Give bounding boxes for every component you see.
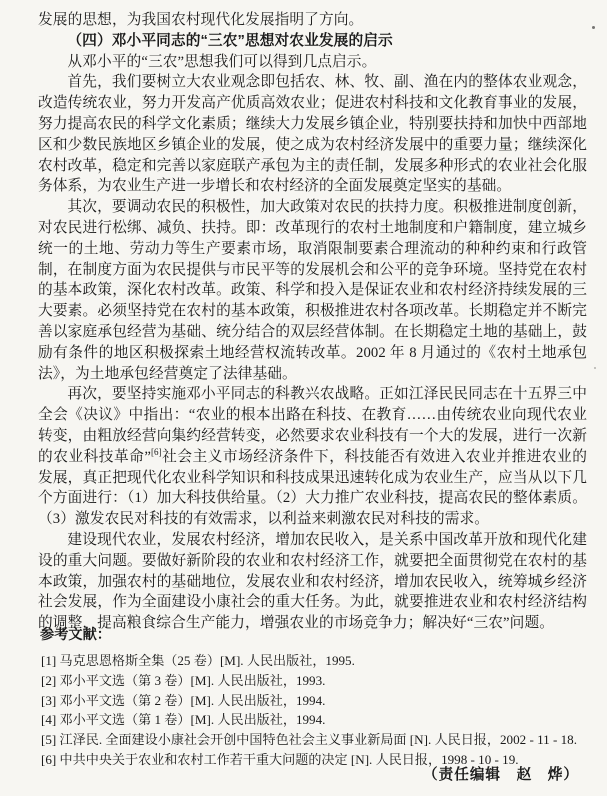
section-heading: （四）邓小平同志的“三农”思想对农业发展的启示	[38, 31, 587, 52]
continuation-line: 发展的思想，为我国农村现代化发展指明了方向。	[38, 10, 587, 31]
editor-credit: （责任编辑 赵 烨）	[423, 763, 579, 784]
scan-speck	[592, 26, 595, 29]
paragraph-second: 其次，要调动农民的积极性，加大政策对农民的扶持力度。积极推进制度创新，对农民进行…	[38, 197, 587, 384]
reference-item-4: [4] 邓小平文选（第 1 卷）[M]. 人民出版社，1994.	[41, 710, 589, 730]
lead-paragraph: 从邓小平的“三农”思想我们可以得到几点启示。	[38, 52, 587, 73]
scan-speck	[594, 367, 596, 369]
reference-item-3: [3] 邓小平文选（第 2 卷）[M]. 人民出版社，1994.	[41, 691, 589, 711]
references-heading: 参考文献：	[40, 624, 111, 644]
reference-item-1: [1] 马克思恩格斯全集（25 卷）[M]. 人民出版社，1995.	[41, 651, 589, 671]
reference-item-5: [5] 江泽民. 全面建设小康社会开创中国特色社会主义事业新局面 [N]. 人民…	[41, 730, 589, 750]
body-text-block: 发展的思想，为我国农村现代化发展指明了方向。 （四）邓小平同志的“三农”思想对农…	[38, 10, 587, 634]
references-list: [1] 马克思恩格斯全集（25 卷）[M]. 人民出版社，1995. [2] 邓…	[41, 651, 589, 770]
paragraph-third: 再次，要坚持实施邓小平同志的科教兴农战略。正如江泽民民同志在十五界三中全会《决议…	[38, 384, 587, 530]
paragraph-first: 首先，我们要树立大农业观念即包括农、林、牧、副、渔在内的整体农业观念，改造传统农…	[38, 72, 587, 197]
paragraph-fourth: 建设现代农业，发展农村经济，增加农民收入，是关系中国改革开放和现代化建设的重大问…	[38, 530, 587, 634]
document-page: 发展的思想，为我国农村现代化发展指明了方向。 （四）邓小平同志的“三农”思想对农…	[0, 0, 607, 796]
reference-item-2: [2] 邓小平文选（第 3 卷）[M]. 人民出版社，1993.	[41, 671, 589, 691]
superscript-citation-6: [6]	[151, 447, 162, 457]
